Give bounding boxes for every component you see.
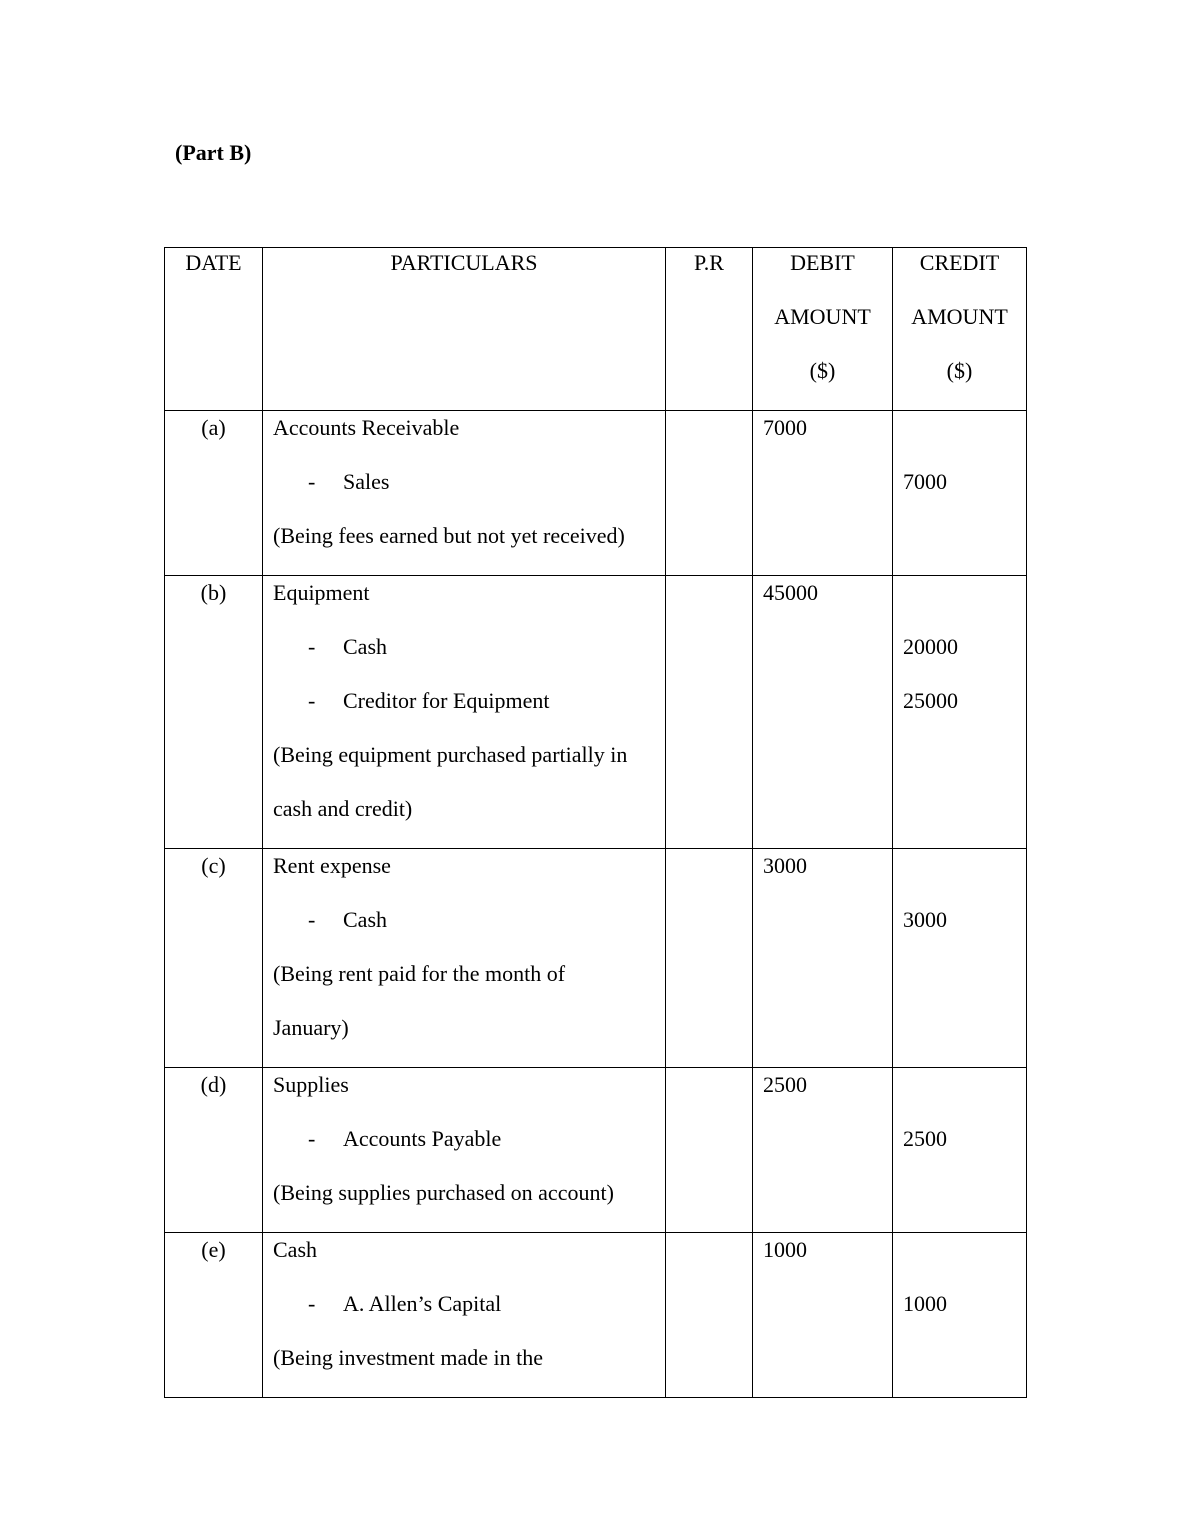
entry-date-cell: (e) <box>165 1233 263 1398</box>
narration-line: (Being investment made in the <box>273 1343 665 1397</box>
narration-line: January) <box>273 1013 665 1067</box>
credit-spacer <box>903 413 1026 467</box>
entry-date: (d) <box>165 1070 262 1124</box>
entry-credit-cell: 2500 <box>893 1068 1027 1233</box>
dash-marker: - <box>308 632 343 662</box>
header-particulars: PARTICULARS <box>263 248 666 411</box>
entry-pr-cell <box>666 1068 753 1233</box>
entry-particulars-cell: Equipment-Cash-Creditor for Equipment(Be… <box>263 576 666 849</box>
entry-credit-cell: 2000025000 <box>893 576 1027 849</box>
credit-account-line: -Creditor for Equipment <box>273 686 665 740</box>
entry-pr-cell <box>666 849 753 1068</box>
debit-account: Equipment <box>273 578 665 632</box>
entry-debit-cell: 3000 <box>753 849 893 1068</box>
debit-amount: 1000 <box>763 1235 892 1289</box>
debit-amount: 3000 <box>763 851 892 905</box>
journal-entry-row: (d)Supplies-Accounts Payable(Being suppl… <box>165 1068 1027 1233</box>
debit-account: Cash <box>273 1235 665 1289</box>
credit-account: Creditor for Equipment <box>343 688 550 713</box>
credit-account: Cash <box>343 634 387 659</box>
dash-marker: - <box>308 1289 343 1319</box>
entry-credit-cell: 3000 <box>893 849 1027 1068</box>
credit-amount: 7000 <box>903 467 1026 521</box>
credit-amount: 3000 <box>903 905 1026 959</box>
dash-marker: - <box>308 467 343 497</box>
entry-debit-cell: 7000 <box>753 411 893 576</box>
journal-entry-row: (c)Rent expense-Cash(Being rent paid for… <box>165 849 1027 1068</box>
credit-account-line: -Cash <box>273 905 665 959</box>
journal-entry-row: (b)Equipment-Cash-Creditor for Equipment… <box>165 576 1027 849</box>
header-pr: P.R <box>666 248 753 411</box>
credit-amount: 2500 <box>903 1124 1026 1178</box>
header-debit: DEBIT AMOUNT ($) <box>753 248 893 411</box>
entry-debit-cell: 2500 <box>753 1068 893 1233</box>
entry-date: (a) <box>165 413 262 467</box>
narration-line: (Being equipment purchased partially in <box>273 740 665 794</box>
debit-amount: 2500 <box>763 1070 892 1124</box>
credit-amount: 25000 <box>903 686 1026 740</box>
entry-date-cell: (a) <box>165 411 263 576</box>
credit-spacer <box>903 1235 1026 1289</box>
entry-date-cell: (d) <box>165 1068 263 1233</box>
credit-spacer <box>903 578 1026 632</box>
journal-entry-row: (a)Accounts Receivable-Sales(Being fees … <box>165 411 1027 576</box>
credit-account: Accounts Payable <box>343 1126 501 1151</box>
debit-account: Supplies <box>273 1070 665 1124</box>
entry-particulars-cell: Cash-A. Allen’s Capital(Being investment… <box>263 1233 666 1398</box>
dash-marker: - <box>308 686 343 716</box>
entry-date: (e) <box>165 1235 262 1289</box>
credit-account: A. Allen’s Capital <box>343 1291 501 1316</box>
debit-amount: 7000 <box>763 413 892 467</box>
credit-account: Sales <box>343 469 389 494</box>
table-header-row: DATE PARTICULARS P.R DEBIT AMOUNT ($) CR… <box>165 248 1027 411</box>
entry-particulars-cell: Rent expense-Cash(Being rent paid for th… <box>263 849 666 1068</box>
credit-account-line: -Cash <box>273 632 665 686</box>
entry-particulars-cell: Accounts Receivable-Sales(Being fees ear… <box>263 411 666 576</box>
entry-particulars-cell: Supplies-Accounts Payable(Being supplies… <box>263 1068 666 1233</box>
entry-date: (b) <box>165 578 262 632</box>
header-credit: CREDIT AMOUNT ($) <box>893 248 1027 411</box>
credit-account-line: -A. Allen’s Capital <box>273 1289 665 1343</box>
narration-line: (Being rent paid for the month of <box>273 959 665 1013</box>
debit-account: Rent expense <box>273 851 665 905</box>
journal-entry-row: (e)Cash-A. Allen’s Capital(Being investm… <box>165 1233 1027 1398</box>
credit-amount: 20000 <box>903 632 1026 686</box>
entry-debit-cell: 45000 <box>753 576 893 849</box>
credit-account: Cash <box>343 907 387 932</box>
entry-pr-cell <box>666 411 753 576</box>
entry-date-cell: (c) <box>165 849 263 1068</box>
header-date: DATE <box>165 248 263 411</box>
entry-pr-cell <box>666 576 753 849</box>
debit-amount: 45000 <box>763 578 892 632</box>
entry-date-cell: (b) <box>165 576 263 849</box>
section-heading: (Part B) <box>175 140 251 166</box>
dash-marker: - <box>308 1124 343 1154</box>
credit-account-line: -Sales <box>273 467 665 521</box>
credit-spacer <box>903 851 1026 905</box>
dash-marker: - <box>308 905 343 935</box>
narration-line: cash and credit) <box>273 794 665 848</box>
narration-line: (Being fees earned but not yet received) <box>273 521 665 575</box>
debit-account: Accounts Receivable <box>273 413 665 467</box>
entry-credit-cell: 7000 <box>893 411 1027 576</box>
credit-account-line: -Accounts Payable <box>273 1124 665 1178</box>
credit-amount: 1000 <box>903 1289 1026 1343</box>
entry-credit-cell: 1000 <box>893 1233 1027 1398</box>
entry-date: (c) <box>165 851 262 905</box>
entry-pr-cell <box>666 1233 753 1398</box>
journal-table: DATE PARTICULARS P.R DEBIT AMOUNT ($) CR… <box>164 247 1027 1398</box>
narration-line: (Being supplies purchased on account) <box>273 1178 665 1232</box>
credit-spacer <box>903 1070 1026 1124</box>
entry-debit-cell: 1000 <box>753 1233 893 1398</box>
